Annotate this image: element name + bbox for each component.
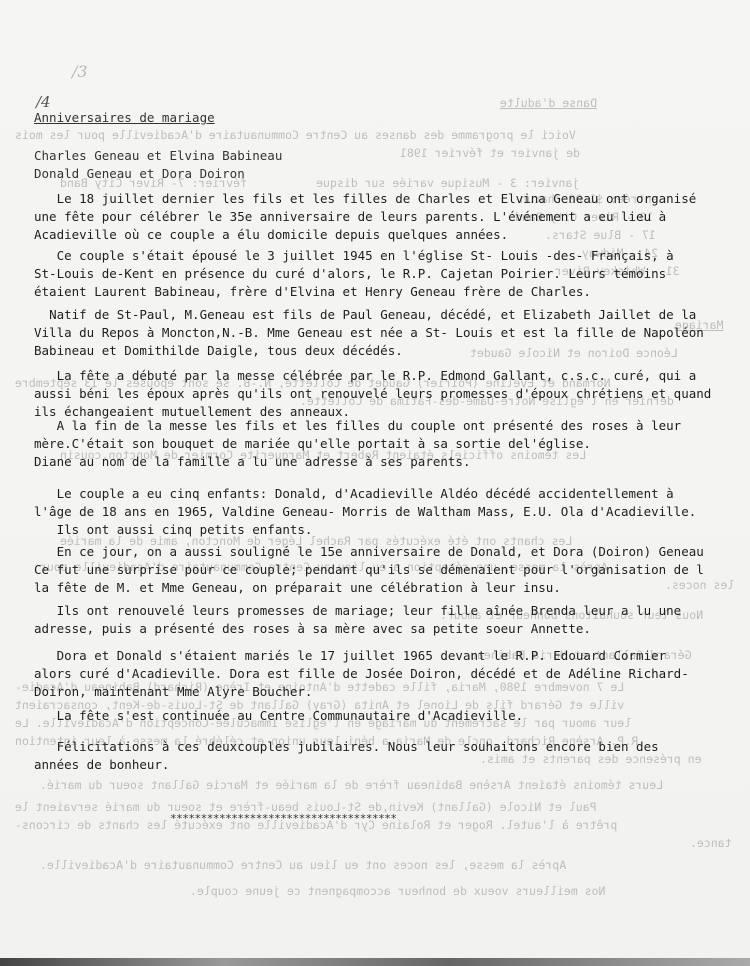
couple-name: Donald Geneau et Dora Doiron [34,166,245,181]
couple-name: Charles Geneau et Elvina Babineau [34,148,282,163]
paragraph: Ce couple s'était épousé le 3 juillet 19… [34,247,714,301]
bleed-line: Nos meilleurs voeux de bonheur accompagn… [190,884,605,898]
document-page: Danse d'adulte Voici le programme des da… [0,0,750,966]
bleed-line: Danse d'adulte [500,96,597,110]
paragraph: Dora et Donald s'étaient mariés le 17 ju… [34,647,714,701]
paragraph: A la fin de la messe les fils et les fil… [34,417,714,471]
bleed-line: Après la messe, les noces ont eu lieu au… [40,858,566,872]
paragraph: En ce jour, on a aussi souligné le 15e a… [34,543,714,597]
paragraph: La fête a débuté par la messe célébrée p… [34,367,714,421]
bleed-line: de janvier et février 1981 [400,146,580,160]
paragraph: Le 18 juillet dernier les fils et les fi… [34,190,714,244]
paragraph: Félicitations à ces deuxcouples jubilair… [34,738,714,774]
bleed-line: Leurs témoins étaient Arsène Babineau fr… [40,778,663,792]
paragraph: Le couple a eu cinq enfants: Donald, d'A… [34,485,714,539]
separator: ************************************* [170,812,397,825]
bleed-line: tance. [690,836,732,850]
paragraph: Natif de St-Paul, M.Geneau est fils de P… [34,306,714,360]
article-title: Anniversaires de mariage [34,110,215,125]
scan-edge [0,958,750,966]
handwritten-page-number: /4 [36,93,51,111]
paragraph: La fête s'est continuée au Centre Commun… [34,707,714,725]
paragraph: Ils ont renouvelé leurs promesses de mar… [34,602,714,638]
handwritten-page-mark: /3 [72,62,88,81]
bleed-line: Voici le programme des danses au Centre … [15,128,576,142]
